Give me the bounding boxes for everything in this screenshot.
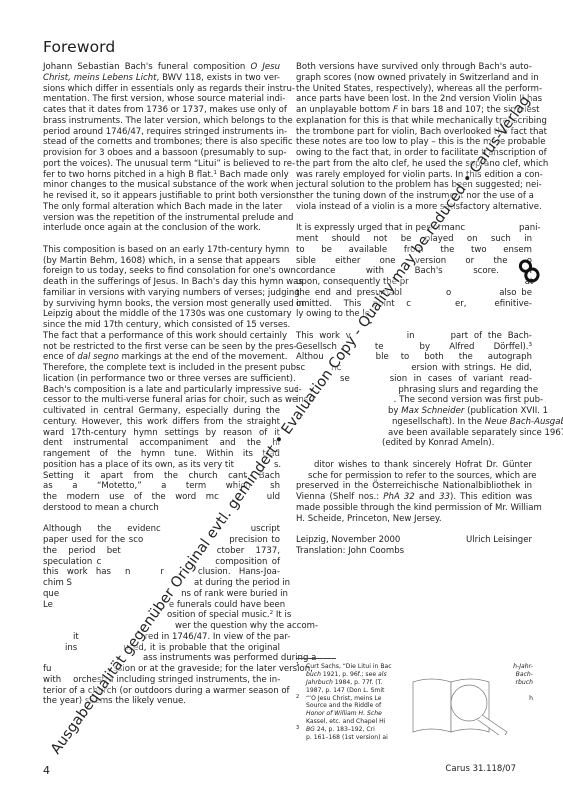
- text-line: Both versions have survived only through…: [296, 62, 532, 73]
- paragraph: ditor wishes to thank sincerely Hofrat D…: [296, 460, 532, 525]
- text-line: port the voices). The unusual term “Litu…: [43, 159, 280, 170]
- text-line: itred in 1746/47. In view of the par-: [43, 632, 280, 643]
- text-line: omitted. This point cer,efinitive-: [296, 299, 532, 310]
- footnote-line: p. 161–168 (1st version) ai: [296, 734, 536, 742]
- text-line: the year) seems the likely venue.: [43, 696, 280, 707]
- text-line: minor changes to the musical substance o…: [43, 180, 280, 191]
- text-line: fer to two horns pitched in a high B fla…: [43, 170, 280, 181]
- text-line: Christ, meins Lebens Licht, BWV 118, exi…: [43, 73, 280, 84]
- footnote-number: 3: [296, 725, 299, 733]
- text-line: sible either one version or the o: [296, 256, 532, 267]
- text-line: ave been available separately since 1967…: [296, 428, 532, 439]
- text-line: Therefore, the complete text is included…: [43, 363, 280, 374]
- text-line: H. Scheide, Princeton, New Jersey.: [296, 514, 532, 525]
- footnote-number: 2: [296, 694, 299, 702]
- text-line: The fact that a performance of this work…: [43, 331, 280, 342]
- text-line: cates that it dates from 1736 or 1737, m…: [43, 105, 280, 116]
- text-line: ly owing to the le: [296, 309, 532, 320]
- text-line: interlude once again at the conclusion o…: [43, 223, 280, 234]
- text-line: period around 1746/47, requires stringed…: [43, 127, 280, 138]
- paragraph: It is expressly urged that in performanc…: [296, 223, 532, 320]
- text-line: (edited by Konrad Ameln).: [296, 438, 532, 449]
- text-line: lication (in performance two or three ve…: [43, 374, 280, 385]
- text-line: ditor wishes to thank sincerely Hofrat D…: [296, 460, 532, 471]
- text-line: sche for permission to refer to the sour…: [296, 471, 532, 482]
- text-line: Johann Sebastian Bach's funeral composit…: [43, 62, 280, 73]
- text-line: Vienna (Shelf nos.: PhA 32 and 33). This…: [296, 492, 532, 503]
- text-line: since the mid 17th century, which consis…: [43, 320, 280, 331]
- text-line: the trombone part for violin, Bach overl…: [296, 127, 532, 138]
- text-line: stead of the cornetts and trombones; the…: [43, 137, 280, 148]
- text-line: scncersion with strings. He did,: [296, 363, 532, 374]
- translator-credit: Translation: John Coombs: [296, 546, 532, 557]
- text-line: upon, consequently the prat: [296, 277, 532, 288]
- text-line: to be available from the two ensem: [296, 245, 532, 256]
- text-line: cessor to the multi-verse funeral arias …: [43, 395, 280, 406]
- text-line: Leipzig about the middle of the 1730s wa…: [43, 309, 280, 320]
- left-column: Johann Sebastian Bach's funeral composit…: [43, 62, 280, 707]
- text-line: insused, it is probable that the origina…: [43, 643, 280, 654]
- text-line: Lee funerals could have been: [43, 600, 280, 611]
- text-line: he revised it, so it appears justifiable…: [43, 191, 280, 202]
- place-date: Leipzig, November 2000: [296, 535, 400, 546]
- text-line: the United States, respectively), wherea…: [296, 84, 532, 95]
- text-line: by Max Schneider (publication XVII. 1: [296, 406, 532, 417]
- text-line: familiar in versions with varying number…: [43, 288, 280, 299]
- text-line: made possible through the kind permissio…: [296, 503, 532, 514]
- text-line: This composition is based on an early 17…: [43, 245, 280, 256]
- text-line: ther the tuning down of the instrument n…: [296, 191, 532, 202]
- text-line: provision for 3 oboes and a bassoon (pre…: [43, 148, 280, 159]
- text-line: death in the sufferings of Jesus. In Bac…: [43, 277, 280, 288]
- text-line: Gesellschteby Alfred Dörffel).3: [296, 342, 532, 353]
- text-line: owing to the fact that, in order to faci…: [296, 148, 532, 159]
- text-line: sesion in cases of variant read-: [296, 374, 532, 385]
- text-line: (by Martin Behm, 1608) which, in a sense…: [43, 256, 280, 267]
- text-line: ass instruments was performed during a: [43, 653, 280, 664]
- text-line: fussion or at the graveside; for the lat…: [43, 664, 280, 675]
- text-line: Setting it apart from the church cantBac…: [43, 471, 280, 482]
- right-column: Both versions have survived only through…: [296, 62, 532, 557]
- text-line: viola instead of a violin is a more sati…: [296, 202, 532, 213]
- text-line: century. However, this work differs from…: [43, 417, 280, 428]
- text-line: by surviving hymn books, the version mos…: [43, 299, 280, 310]
- document-page: Foreword Johann Sebastian Bach's funeral…: [0, 0, 563, 800]
- text-line: sions which differ in essentials only as…: [43, 84, 280, 95]
- text-line: withorchestra including stringed instrum…: [43, 675, 280, 686]
- text-line: the part from the alto clef, he used the…: [296, 159, 532, 170]
- text-line: brass instruments. The later version, wh…: [43, 116, 280, 127]
- author-name: Ulrich Leisinger: [466, 535, 532, 546]
- paragraph: Johann Sebastian Bach's funeral composit…: [43, 62, 280, 234]
- text-line: foreign to us today, seeks to find conso…: [43, 266, 280, 277]
- text-line: was rarely employed for violin parts. In…: [296, 170, 532, 181]
- text-line: paper used for the scoprecision to: [43, 535, 280, 546]
- text-line: the end and presumabloalso be: [296, 288, 532, 299]
- text-line: cultivated in central Germany, especiall…: [43, 406, 280, 417]
- text-line: an unplayable bottom F in bars 18 and 10…: [296, 105, 532, 116]
- text-line: This work vinpart of the Bach-: [296, 331, 532, 342]
- text-line: not be restricted to the first verse can…: [43, 342, 280, 353]
- catalog-number: Carus 31.118/07: [445, 764, 516, 774]
- text-line: The only formal alteration which Bach ma…: [43, 202, 280, 213]
- text-line: ment should not be played on such in: [296, 234, 532, 245]
- text-line: explanation for this is that while mecha…: [296, 116, 532, 127]
- text-line: cordance with Bach's score. I: [296, 266, 532, 277]
- text-line: Althoubleto both the autograph: [296, 352, 532, 363]
- text-line: Although the evidencuscript: [43, 524, 280, 535]
- text-line: preserved in the Österreichische Nationa…: [296, 481, 532, 492]
- text-line: mentation. The first version, whose sour…: [43, 94, 280, 105]
- text-line: position has a place of its own, as its …: [43, 460, 280, 471]
- text-line: wer the question why the accom-: [43, 621, 280, 632]
- text-line: ence of dal segno markings at the end of…: [43, 352, 280, 363]
- signature-line: Leipzig, November 2000Ulrich Leisinger: [296, 535, 532, 546]
- text-line: quens of rank were buried in: [43, 589, 280, 600]
- text-line: rangement of the hymn tune. Within its t…: [43, 449, 280, 460]
- text-line: this work hasnrclusion. Hans-Joa-: [43, 567, 280, 578]
- paragraph: This work vinpart of the Bach-Gesellscht…: [296, 331, 532, 449]
- text-line: ward 17th-century hymn settings by reaso…: [43, 428, 280, 439]
- text-line: as a “Motetto,” a term which sh: [43, 481, 280, 492]
- text-line: graph scores (now owned privately in Swi…: [296, 73, 532, 84]
- text-line: Bach's composition is a late and particu…: [43, 385, 280, 396]
- footnote-divider: [296, 658, 336, 659]
- text-line: iphrasing slurs and regarding the: [296, 385, 532, 396]
- text-line: osition of special music.2 It is: [43, 610, 280, 621]
- footnote-number: 1: [296, 662, 299, 670]
- paragraph: Although the evidencuscriptpaper used fo…: [43, 524, 280, 707]
- text-line: the period betctober 1737,: [43, 546, 280, 557]
- text-line: chim Sat during the period in: [43, 578, 280, 589]
- text-line: these notes are too low to play – this i…: [296, 137, 532, 148]
- text-line: the modern use of the word mculd: [43, 492, 280, 503]
- paragraph: This composition is based on an early 17…: [43, 245, 280, 514]
- text-line: terior of a church (or outdoors during a…: [43, 686, 280, 697]
- text-line: ngesellschaft). In the Neue Bach-Ausgabe: [296, 417, 532, 428]
- text-line: It is expressly urged that in performanc…: [296, 223, 532, 234]
- text-line: version was the repetition of the instru…: [43, 213, 280, 224]
- magnifier-book-icon: [411, 670, 511, 735]
- text-line: insu. The second version was first pub-: [296, 395, 532, 406]
- text-line: jectural solution to the problem has bee…: [296, 180, 532, 191]
- text-line: speculation ccomposition of: [43, 557, 280, 568]
- page-number: 4: [43, 764, 50, 777]
- text-line: derstood to mean a church: [43, 503, 280, 514]
- page-title: Foreword: [43, 38, 115, 56]
- paragraph: Both versions have survived only through…: [296, 62, 532, 213]
- text-line: ance parts have been lost. In the 2nd ve…: [296, 94, 532, 105]
- text-line: dent instrumental accompaniment and the …: [43, 438, 280, 449]
